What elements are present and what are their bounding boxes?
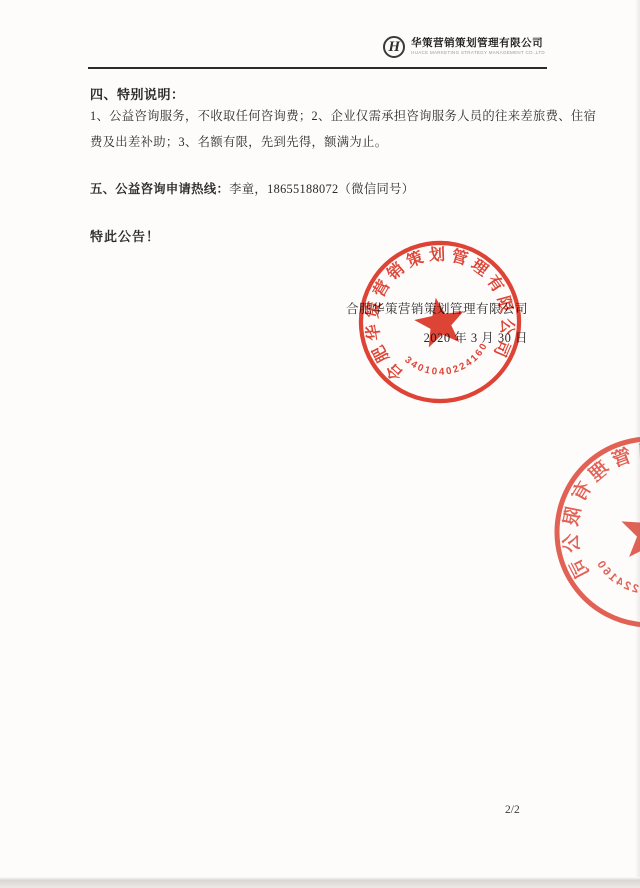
scan-edge-bottom: [0, 877, 640, 888]
section4-paragraph-line1: 1、公益咨询服务，不收取任何咨询费；2、企业仅需承担咨询服务人员的往来差旅费、住…: [90, 106, 596, 124]
company-seal-stamp-bleed: 合肥华策营销策划管理有限公司 3401040224160: [540, 422, 640, 642]
section5-hotline: 五、公益咨询申请热线：李童，18655188072（微信同号）: [90, 179, 414, 197]
seal-serial-number: 3401040224160: [592, 558, 640, 602]
page-number: 2/2: [505, 804, 520, 816]
company-name: 华策营销策划管理有限公司: [411, 38, 545, 50]
seal-serial-number: 3401040224160: [401, 340, 494, 385]
document-page: H 华策营销策划管理有限公司 HUACE MARKETING STRATEGY …: [0, 0, 640, 888]
header-text: 华策营销策划管理有限公司 HUACE MARKETING STRATEGY MA…: [411, 38, 545, 56]
section5-label: 五、公益咨询申请热线：: [90, 182, 229, 196]
seal-bleed-graphic: 合肥华策营销策划管理有限公司 3401040224160: [540, 422, 640, 642]
scan-edge-right: [635, 0, 640, 888]
company-logo-icon: H: [383, 36, 405, 58]
company-name-english: HUACE MARKETING STRATEGY MANAGEMENT CO.,…: [411, 51, 545, 56]
section5-value: 李童，18655188072（微信同号）: [229, 182, 414, 196]
logo-mark: H: [388, 40, 400, 55]
company-seal-stamp: 合肥华策营销策划管理有限公司 3401040224160: [342, 224, 539, 421]
star-icon: [411, 293, 469, 349]
svg-text:3401040224160: 3401040224160: [592, 558, 640, 602]
closing-statement: 特此公告！: [90, 226, 160, 245]
header: H 华策营销策划管理有限公司 HUACE MARKETING STRATEGY …: [383, 36, 545, 58]
section4-paragraph-line2: 费及出差补助；3、名额有限，先到先得，额满为止。: [90, 132, 387, 150]
seal-graphic: 合肥华策营销策划管理有限公司 3401040224160: [342, 224, 539, 421]
header-divider: [88, 67, 547, 69]
svg-text:3401040224160: 3401040224160: [401, 340, 494, 385]
section4-title: 四、特别说明：: [90, 84, 185, 103]
